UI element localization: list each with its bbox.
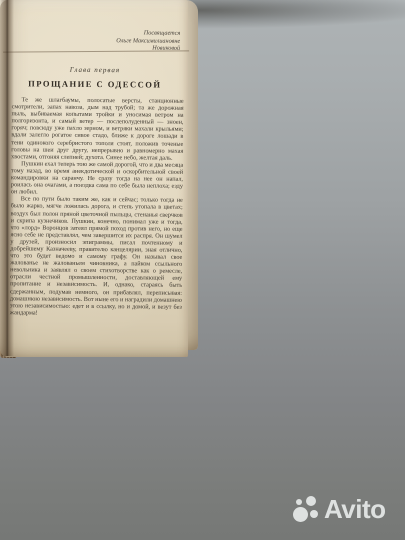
body-paragraph-1: Те же шлагбаумы, полосатые версты, станц… [11, 96, 184, 161]
avito-circle-medium [306, 496, 316, 506]
avito-circle-large [293, 507, 308, 522]
chapter-body-text: Те же шлагбаумы, полосатые версты, станц… [10, 96, 184, 317]
chapter-label: Глава первая [1, 65, 189, 75]
chapter-title: ПРОЩАНИЕ С ОДЕССОЙ [1, 78, 189, 90]
avito-watermark-text: Avito [324, 496, 386, 523]
dedication: Посвящается Ольге Максимилиановне Новико… [116, 29, 180, 52]
right-page: Посвящается Ольге Максимилиановне Новико… [0, 0, 188, 357]
book-gutter-shadow [0, 0, 14, 356]
avito-circle-small2 [310, 510, 318, 518]
avito-watermark: Avito [293, 496, 386, 523]
body-paragraph-3: Все по пути было таким же, как и сейчас;… [10, 196, 183, 318]
right-page-content: Посвящается Ольге Максимилиановне Новико… [0, 0, 190, 358]
dedication-line2: Ольге Максимилиановне [116, 37, 180, 45]
avito-logo-icon [293, 496, 320, 523]
body-paragraph-2: Пушкин ехал теперь тою же самой дорогой,… [11, 160, 183, 197]
avito-circle-small [296, 499, 302, 505]
